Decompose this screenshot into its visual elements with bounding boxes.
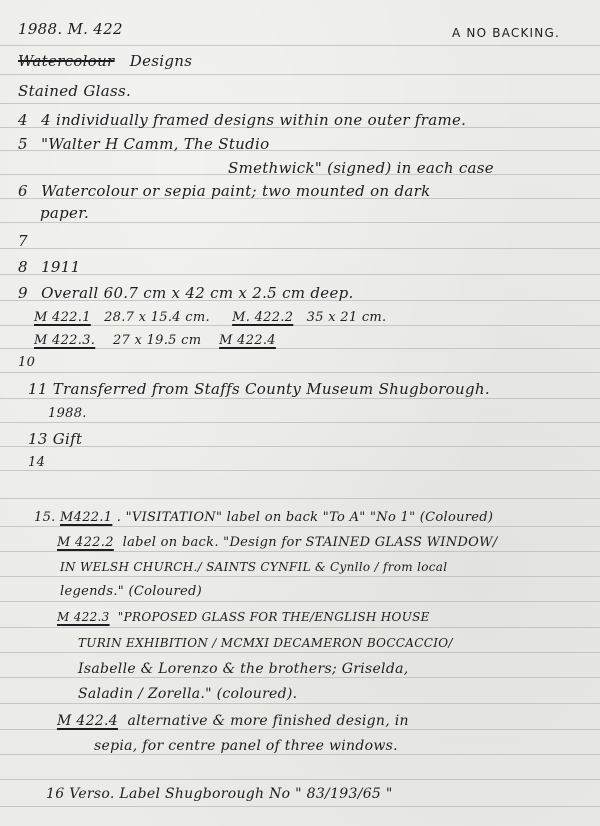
ruled-line: [0, 627, 600, 628]
ruled-line: [0, 422, 600, 423]
ruled-line: [0, 551, 600, 552]
ruled-line: [0, 652, 600, 653]
field-11: 11 Transferred from Staffs County Museum…: [28, 380, 490, 398]
ruled-line: [0, 498, 600, 499]
ruled-line: [0, 677, 600, 678]
ruled-line: [0, 325, 600, 326]
item-ref: M422.1: [60, 510, 112, 525]
dimension-size: 35 x 21 cm.: [307, 310, 387, 325]
field-6: 6 Watercolour or sepia paint; two mounte…: [18, 182, 430, 200]
scanned-catalogue-page: 1988. M. 422 A NO BACKING. Watercolour D…: [0, 0, 600, 826]
ruled-line: [0, 103, 600, 104]
ruled-line: [0, 806, 600, 807]
ruled-line: [0, 703, 600, 704]
item-ref: M 422.2: [57, 535, 114, 550]
dimension-ref: M. 422.2: [232, 310, 293, 325]
ruled-line: [0, 248, 600, 249]
ruled-line: [0, 446, 600, 447]
field-5-continuation: Smethwick" (signed) in each case: [228, 159, 494, 177]
field-7: 7: [18, 232, 36, 250]
field-4: 4 4 individually framed designs within o…: [18, 111, 466, 129]
dimension-size: 28.7 x 15.4 cm.: [104, 310, 210, 325]
field-11-continuation: 1988.: [48, 406, 87, 421]
field-15-item-2-line-2: IN WELSH CHURCH./ SAINTS CYNFIL & Cynllo…: [60, 560, 447, 574]
dimension-ref: M 422.4: [219, 333, 276, 348]
field-15-item-3-line-4: Saladin / Zorella." (coloured).: [78, 686, 297, 702]
ruled-line: [0, 274, 600, 275]
accession-number: 1988. M. 422: [18, 20, 123, 38]
field-15-item-3-line-2: TURIN EXHIBITION / MCMXI DECAMERON BOCCA…: [78, 636, 453, 650]
title-text: Designs: [130, 52, 192, 70]
field-13: 13 Gift: [28, 430, 82, 448]
ruled-line: [0, 601, 600, 602]
ruled-line: [0, 779, 600, 780]
field-15-item-2-line-3: legends." (Coloured): [60, 584, 202, 599]
dimension-row-1: M 422.1 28.7 x 15.4 cm. M. 422.2 35 x 21…: [34, 310, 386, 325]
ruled-line: [0, 576, 600, 577]
field-5: 5 "Walter H Camm, The Studio: [18, 135, 269, 153]
dimension-size: 27 x 19.5 cm: [113, 333, 201, 348]
ruled-line: [0, 222, 600, 223]
dimension-ref: M 422.3.: [34, 333, 95, 348]
backing-note: A NO BACKING.: [452, 26, 560, 40]
item-ref: M 422.3: [57, 610, 110, 624]
field-15-item-3-line-3: Isabelle & Lorenzo & the brothers; Grise…: [78, 661, 409, 677]
ruled-line: [0, 348, 600, 349]
dimension-row-2: M 422.3. 27 x 19.5 cm M 422.4: [34, 333, 276, 348]
ruled-line: [0, 470, 600, 471]
item-description: label on back. "Design for STAINED GLASS…: [123, 535, 498, 550]
ruled-line: [0, 729, 600, 730]
field-16: 16 Verso. Label Shugborough No " 83/193/…: [46, 786, 393, 802]
field-15-item-2: M 422.2 label on back. "Design for STAIN…: [57, 535, 497, 550]
item-description: alternative & more finished design, in: [127, 713, 408, 729]
dimension-ref: M 422.1: [34, 310, 91, 325]
field-6-continuation: paper.: [40, 204, 89, 222]
field-15-item-1: 15. M422.1 . "VISITATION" label on back …: [34, 510, 493, 525]
field-15-item-4: M 422.4 alternative & more finished desi…: [57, 713, 409, 729]
object-subtitle: Stained Glass.: [18, 82, 131, 100]
field-15-number: 15.: [34, 510, 56, 525]
object-title: Watercolour Designs: [18, 52, 192, 70]
ruled-line: [0, 754, 600, 755]
field-8: 8 1911: [18, 258, 80, 276]
item-description: "PROPOSED GLASS FOR THE/ENGLISH HOUSE: [118, 610, 430, 624]
ruled-line: [0, 45, 600, 46]
field-9: 9 Overall 60.7 cm x 42 cm x 2.5 cm deep.: [18, 284, 354, 302]
ruled-line: [0, 526, 600, 527]
item-description: . "VISITATION" label on back "To A" "No …: [117, 510, 494, 525]
field-14: 14: [28, 455, 46, 470]
struck-title: Watercolour: [18, 52, 115, 70]
item-ref: M 422.4: [57, 713, 118, 729]
ruled-line: [0, 74, 600, 75]
ruled-line: [0, 372, 600, 373]
field-10: 10: [18, 355, 36, 370]
field-15-item-4-line-2: sepia, for centre panel of three windows…: [94, 738, 398, 754]
ruled-line: [0, 398, 600, 399]
field-15-item-3: M 422.3 "PROPOSED GLASS FOR THE/ENGLISH …: [57, 610, 430, 624]
